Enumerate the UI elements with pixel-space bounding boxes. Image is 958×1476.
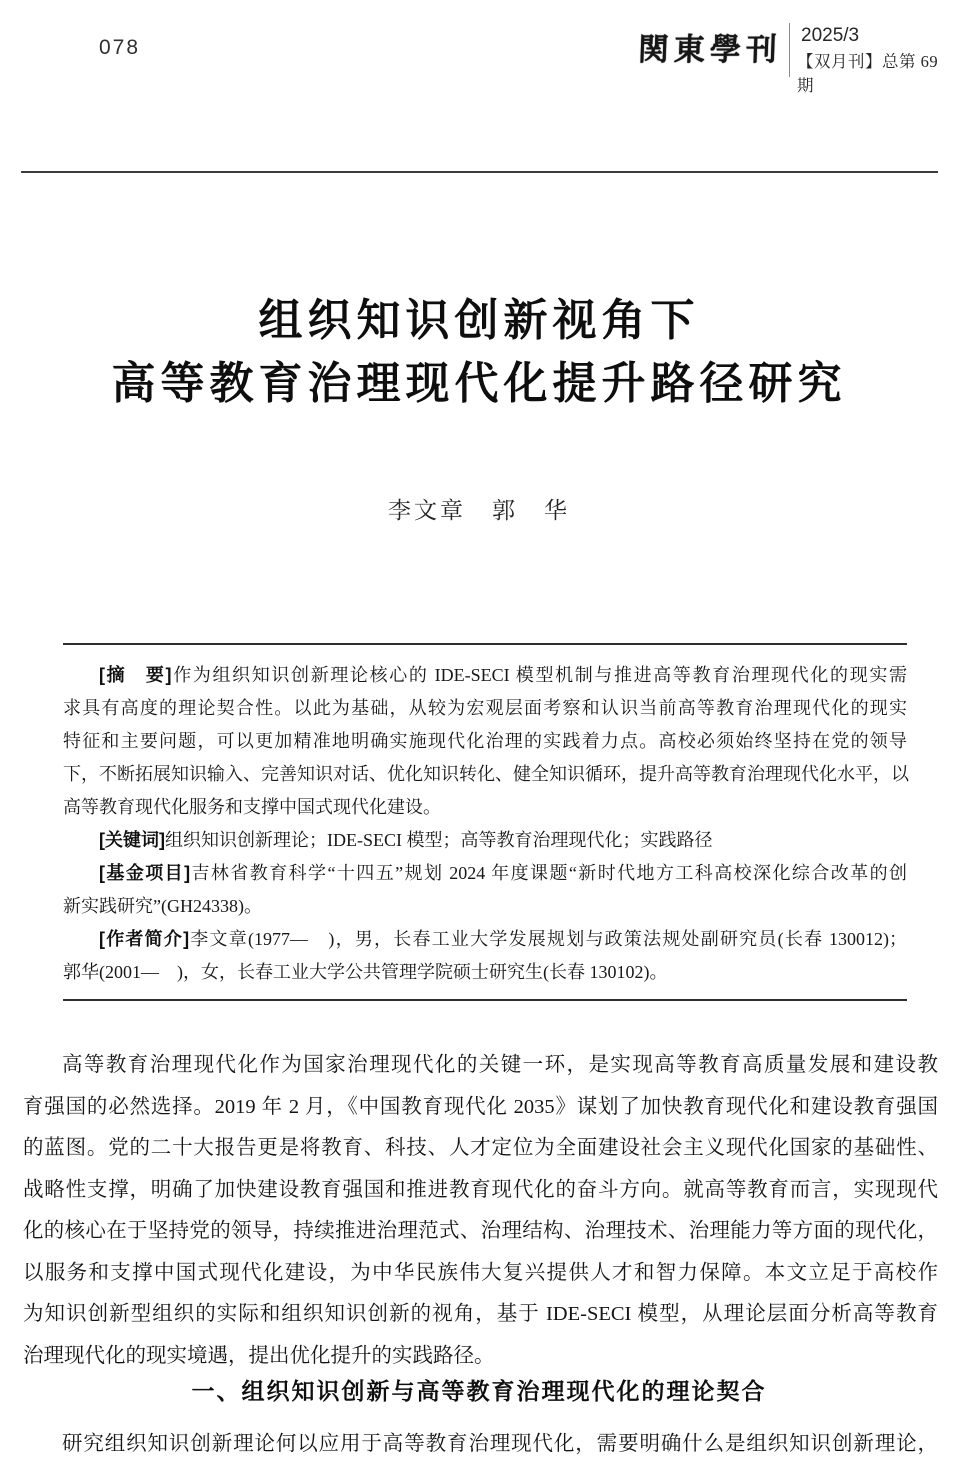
abstract-line: 下，不断拓展知识输入、完善知识对话、优化知识转化、健全知识循环，提升高等教育治理… [63,758,907,791]
author-bio-text: 李文章(1977— )，男，长春工业大学发展规划与政策法规处副研究员(长春 13… [189,929,907,949]
author-bio-line: 郭华(2001— )，女，长春工业大学公共管理学院硕士研究生(长春 130102… [63,956,907,989]
body-line: 治理现代化的现实境遇，提出优化提升的实践路径。 [23,1336,938,1378]
fund-label: [基金项目] [99,863,190,883]
fund-line: [基金项目]吉林省教育科学“十四五”规划 2024 年度课题“新时代地方工科高校… [63,857,907,890]
keywords-label: [关键词] [99,830,165,850]
article-title-line1: 组织知识创新视角下 [0,289,958,352]
body-line: 战略性支撑，明确了加快建设教育强国和推进教育现代化的奋斗方向。就高等教育而言，实… [23,1170,938,1212]
journal-page: 078 関東學刊 2025/3 【双月刊】总第 69 期 组织知识创新视角下 高… [0,0,958,1476]
journal-issue-number: 【双月刊】总第 69 期 [797,48,958,96]
abstract-text: 作为组织知识创新理论核心的 IDE-SECI 模型机制与推进高等教育治理现代化的… [172,665,907,685]
fund-text: 吉林省教育科学“十四五”规划 2024 年度课题“新时代地方工科高校深化综合改革… [190,863,907,883]
article-title-line2: 高等教育治理现代化提升路径研究 [0,352,958,415]
abstract-block: [摘 要]作为组织知识创新理论核心的 IDE-SECI 模型机制与推进高等教育治… [63,643,907,1001]
header-divider [789,23,790,77]
body-line: 以服务和支撑中国式现代化建设，为中华民族伟大复兴提供人才和智力保障。本文立足于高… [23,1253,938,1295]
author-bio-label: [作者简介] [99,929,189,949]
body-line: 化的核心在于坚持党的领导，持续推进治理范式、治理结构、治理技术、治理能力等方面的… [23,1211,938,1253]
abstract-line: 高等教育现代化服务和支撑中国式现代化建设。 [63,791,907,824]
fund-line: 新实践研究”(GH24338)。 [63,890,907,923]
abstract-line: [摘 要]作为组织知识创新理论核心的 IDE-SECI 模型机制与推进高等教育治… [63,659,907,692]
body-line: 研究组织知识创新理论何以应用于高等教育治理现代化，需要明确什么是组织知识创新理论… [23,1424,938,1466]
abstract-line: 特征和主要问题，可以更加精准地明确实施现代化治理的实践着力点。高校必须始终坚持在… [63,725,907,758]
header-rule [21,171,938,173]
body-line: 育强国的必然选择。2019 年 2 月，《中国教育现代化 2035》谋划了加快教… [23,1087,938,1129]
page-number: 078 [99,36,140,60]
author-bio-line: [作者简介]李文章(1977— )，男，长春工业大学发展规划与政策法规处副研究员… [63,923,907,956]
body-line: 高等教育治理现代化作为国家治理现代化的关键一环，是实现高等教育高质量发展和建设教 [23,1045,938,1087]
article-title: 组织知识创新视角下 高等教育治理现代化提升路径研究 [0,289,958,415]
abstract-label: [摘 要] [99,665,172,685]
journal-logo: 関東學刊 [637,24,783,69]
body-line: 为知识创新型组织的实际和组织知识创新的视角，基于 IDE-SECI 模型，从理论… [23,1294,938,1336]
section-1-heading: 一、组织知识创新与高等教育治理现代化的理论契合 [0,1372,958,1410]
article-authors: 李文章 郭 华 [0,496,958,526]
keywords-line: [关键词]组织知识创新理论；IDE-SECI 模型；高等教育治理现代化；实践路径 [63,824,907,857]
body-line: 的蓝图。党的二十大报告更是将教育、科技、人才定位为全面建设社会主义现代化国家的基… [23,1128,938,1170]
body-paragraph-1: 高等教育治理现代化作为国家治理现代化的关键一环，是实现高等教育高质量发展和建设教… [23,1045,938,1377]
keywords-text: 组织知识创新理论；IDE-SECI 模型；高等教育治理现代化；实践路径 [165,830,713,850]
abstract-line: 求具有高度的理论契合性。以此为基础，从较为宏观层面考察和认识当前高等教育治理现代… [63,692,907,725]
journal-issue-date: 2025/3 [801,25,859,47]
body-paragraph-2: 研究组织知识创新理论何以应用于高等教育治理现代化，需要明确什么是组织知识创新理论… [23,1424,938,1466]
